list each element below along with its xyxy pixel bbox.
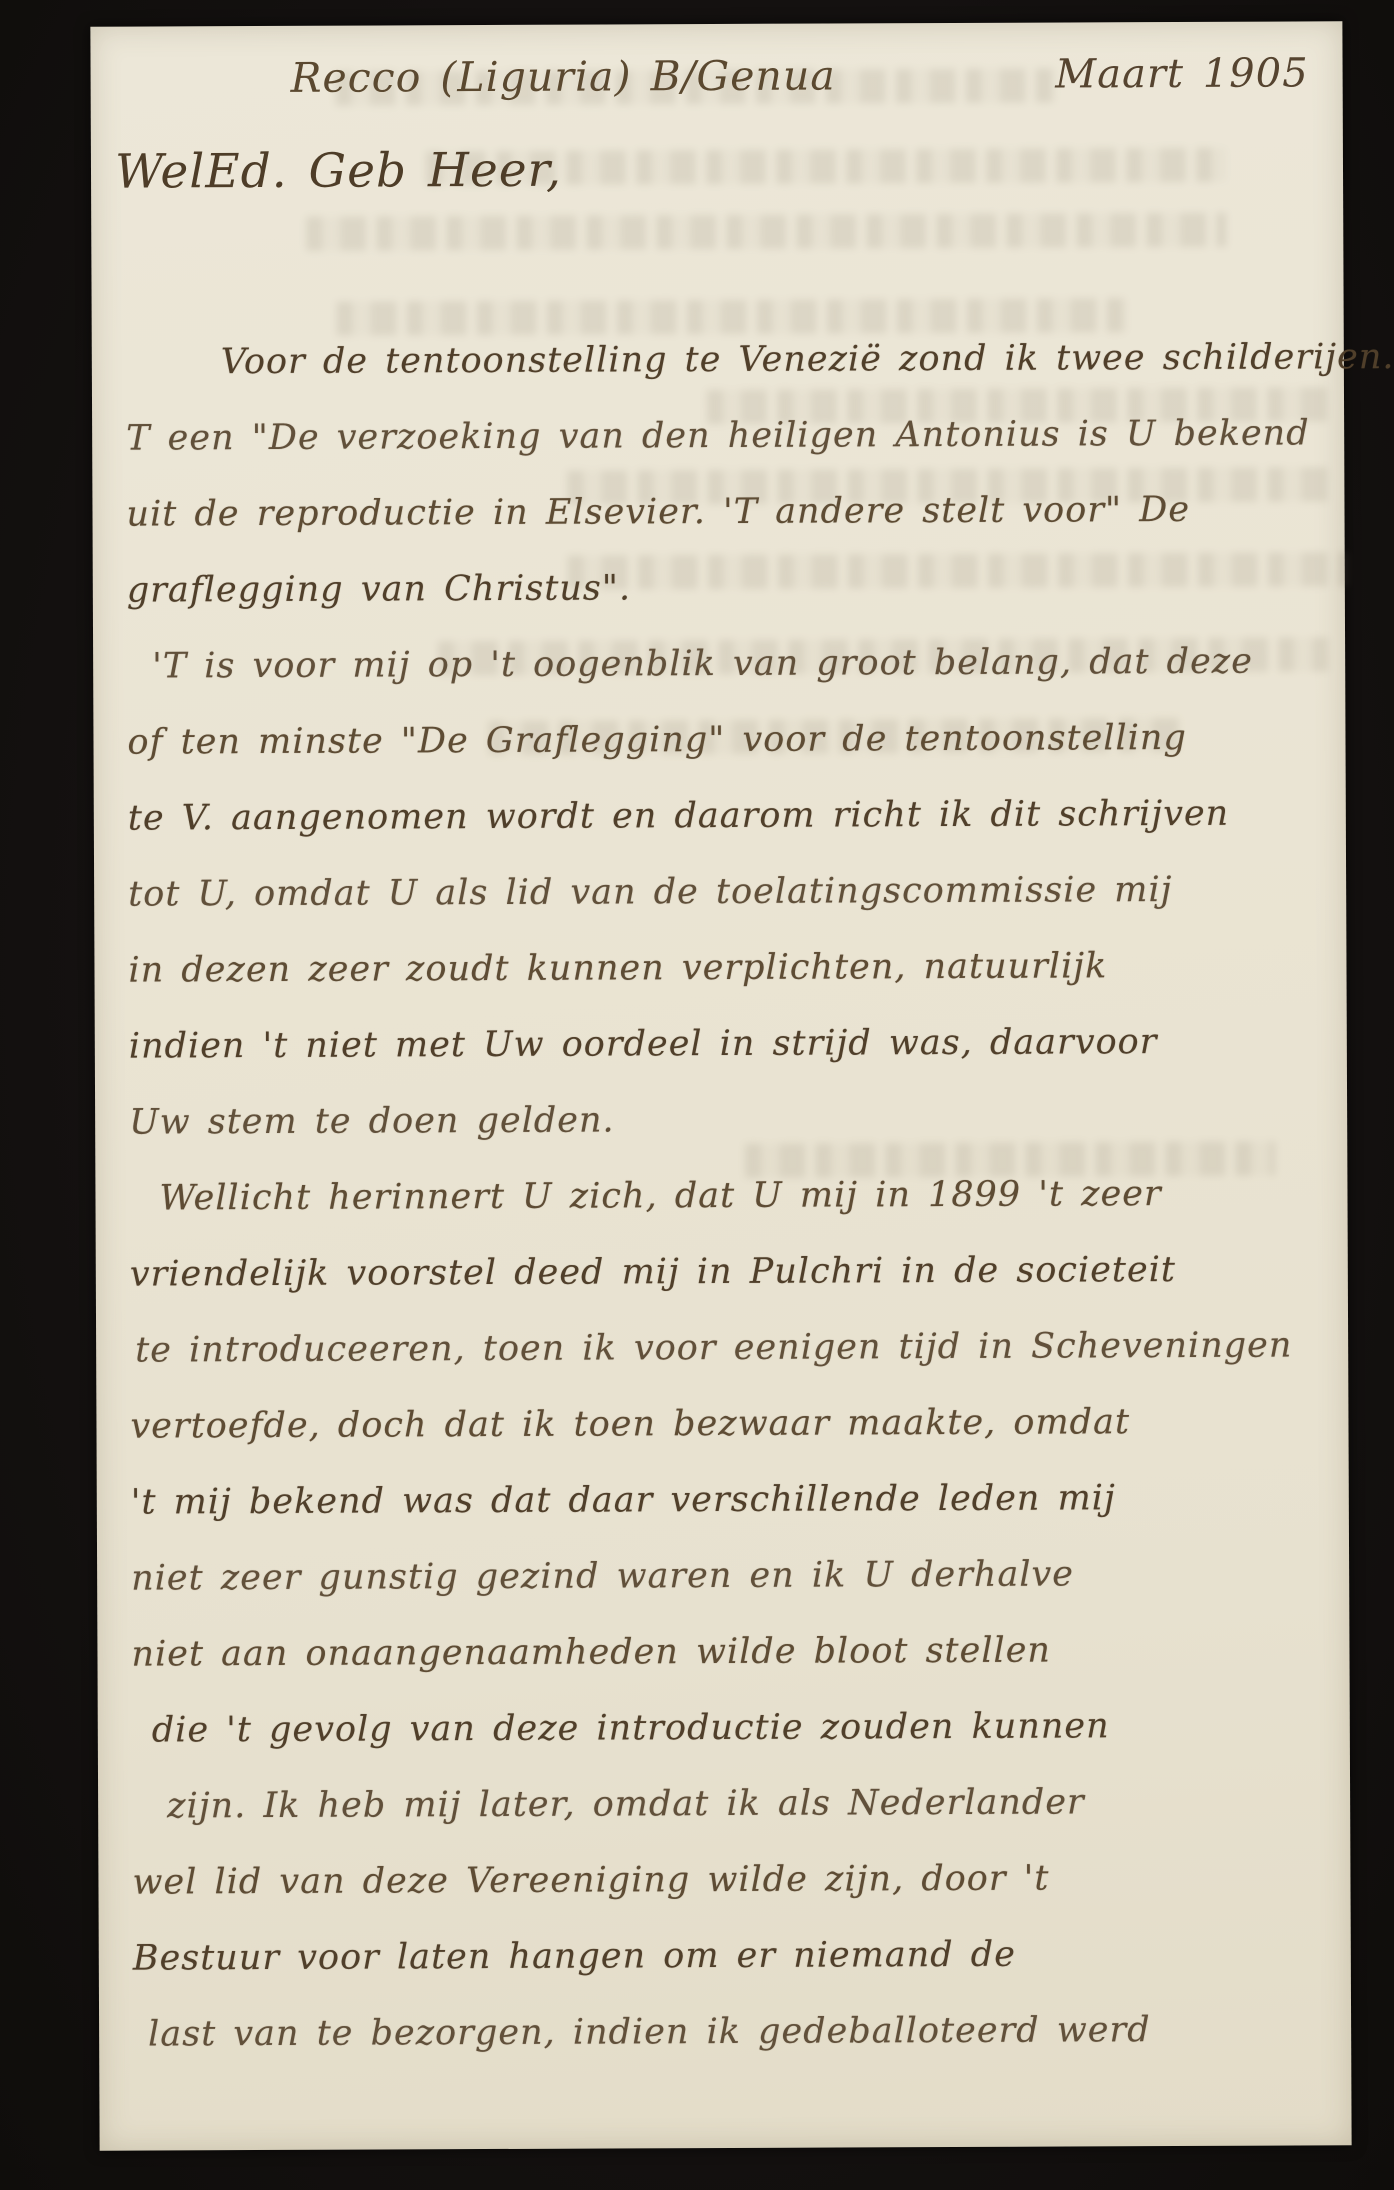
letter-line: T een "De verzoeking van den heiligen An… [126,395,1322,476]
letter-line: die 't gevolg van deze introductie zoude… [132,1687,1328,1768]
letter-line: Uw stem te doen gelden. [129,1079,1325,1160]
salutation: WelEd. Geb Heer, [115,143,562,200]
letter-line: vriendelijk voorstel deed mij in Pulchri… [130,1231,1326,1312]
letter-line: Wellicht herinnert U zich, dat U mij in … [129,1155,1325,1236]
bleedthrough-line [296,213,1226,251]
letter-line: vertoefde, doch dat ik toen bezwaar maak… [130,1383,1326,1464]
letter-line: of ten minste "De Graflegging" voor de t… [127,699,1323,780]
letter-line: Bestuur voor laten hangen om er niemand … [133,1915,1329,1996]
scanned-letter: Recco (Liguria) B/Genua Maart 1905 WelEd… [0,0,1394,2190]
letter-header: Recco (Liguria) B/Genua Maart 1905 [90,43,1308,108]
letter-line: zijn. Ik heb mij later, omdat ik als Ned… [132,1763,1328,1844]
letter-line: tot U, omdat U als lid van de toelatings… [128,851,1324,932]
letter-line: uit de reproductie in Elsevier. 'T ander… [126,471,1322,552]
letter-line: niet aan onaangenaamheden wilde bloot st… [131,1611,1327,1692]
letter-line: niet zeer gunstig gezind waren en ik U d… [131,1535,1327,1616]
letter-page: Recco (Liguria) B/Genua Maart 1905 WelEd… [90,21,1351,2150]
letter-line: graflegging van Christus". [127,547,1323,628]
letter-line: te V. aangenomen wordt en daarom richt i… [128,775,1324,856]
letter-line: 'T is voor mij op 't oogenblik van groot… [127,623,1323,704]
letter-place: Recco (Liguria) B/Genua [290,45,835,107]
letter-line: in dezen zeer zoudt kunnen verplichten, … [128,927,1324,1008]
letter-date: Maart 1905 [1055,43,1309,104]
letter-line: te introduceeren, toen ik voor eenigen t… [130,1307,1326,1388]
letter-line: last van te bezorgen, indien ik gedeball… [133,1991,1329,2072]
letter-line: 't mij bekend was dat daar verschillende… [131,1459,1327,1540]
letter-line: wel lid van deze Vereeniging wilde zijn,… [132,1839,1328,1920]
letter-body: Voor de tentoonstelling te Venezië zond … [126,319,1330,2072]
letter-line: Voor de tentoonstelling te Venezië zond … [126,319,1322,400]
letter-line: indien 't niet met Uw oordeel in strijd … [129,1003,1325,1084]
